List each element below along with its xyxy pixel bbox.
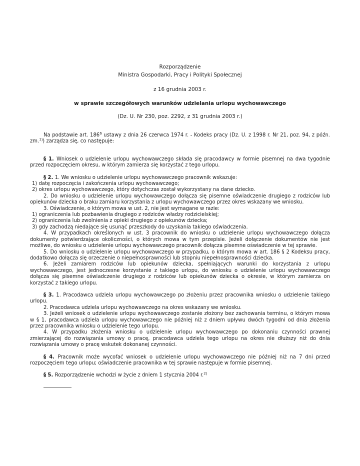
page-scale-wrapper: Rozporządzenie Ministra Gospodarki, Prac… (0, 0, 360, 466)
document-header: Rozporządzenie Ministra Gospodarki, Prac… (30, 63, 330, 121)
paragraph-text: Wniosek o udzielenie urlopu wychowawczeg… (30, 156, 330, 168)
paragraph-text: Rozporządzenie wchodzi w życie z dniem 1… (55, 373, 204, 379)
paragraph-text: Pracownik może wycofać wniosek o udziele… (30, 354, 330, 366)
paragraph-text: 5. Do wniosku o udzielenie urlopu wychow… (30, 249, 330, 261)
paragraph-text: ograniczenia lub pozbawienia drugiego z … (39, 212, 219, 218)
section-opening-paragraph: § 4. Pracownik może wycofać wniosek o ud… (30, 354, 330, 366)
doc-journal-line: (Dz. U. Nr 230, poz. 2292, z 31 grudnia … (30, 113, 330, 121)
paragraph-text: datę rozpoczęcia i zakończenia urlopu wy… (39, 181, 179, 187)
footnote-reference-2: 2) (204, 372, 208, 376)
paragraph-text: 4. W przypadku złożenia wniosku o udziel… (30, 330, 330, 348)
section-marker: § 4. (44, 354, 58, 360)
ustep-paragraph: 2. Do wniosku o udzielenie urlopu wychow… (30, 193, 330, 205)
ustep-paragraph: 4. W przypadku złożenia wniosku o udziel… (30, 330, 330, 349)
document-body: § 1. Wniosek o udzielenie urlopu wychowa… (30, 156, 330, 379)
section-marker: § 1. (44, 156, 57, 162)
paragraph-text: 3. Jeżeli wniosek o udzielenie urlopu wy… (30, 311, 330, 329)
paragraph-text: 3. Oświadczenie, o którym mowa w ust. 2,… (44, 206, 220, 212)
ustep-paragraph: 5. Do wniosku o udzielenie urlopu wychow… (30, 249, 330, 261)
section-par-5: § 5. Rozporządzenie wchodzi w życie z dn… (30, 373, 330, 379)
section-par-1: § 1. Wniosek o udzielenie urlopu wychowa… (30, 156, 330, 168)
doc-subject-line: w sprawie szczegółowych warunków udziela… (30, 100, 330, 108)
paragraph-text: 2. Do wniosku o udzielenie urlopu wychow… (30, 193, 330, 205)
section-par-3: § 3. 1. Pracodawca udziela urlopu wychow… (30, 292, 330, 348)
section-par-4: § 4. Pracownik może wycofać wniosek o ud… (30, 354, 330, 366)
paragraph-text: 1. Pracodawca udziela urlopu wychowawcze… (30, 292, 330, 304)
paragraph-text: gdy zachodzą niedające się usunąć przesz… (39, 224, 248, 230)
preamble-paragraph: Na podstawie art. 1866 ustawy z dnia 26 … (30, 133, 330, 145)
doc-type-line: Rozporządzenie (30, 63, 330, 71)
section-opening-paragraph: § 3. 1. Pracodawca udziela urlopu wychow… (30, 292, 330, 304)
paragraph-text: ograniczenia lub zwolnienia z opieki dru… (39, 218, 208, 224)
ustep-paragraph: 6. Jeżeli zamiarem rodziców lub opiekunó… (30, 262, 330, 287)
section-opening-paragraph: § 1. Wniosek o udzielenie urlopu wychowa… (30, 156, 330, 168)
doc-date-line: z 16 grudnia 2003 r. (30, 86, 330, 94)
ustep-paragraph: 3. Jeżeli wniosek o udzielenie urlopu wy… (30, 311, 330, 330)
paragraph-text: 1. We wniosku o udzielenie urlopu wychow… (55, 175, 237, 181)
preamble-text-1: Na podstawie art. 186 (44, 133, 100, 139)
document-page: Rozporządzenie Ministra Gospodarki, Prac… (0, 0, 360, 466)
paragraph-text: okres urlopu wychowawczego, który dotych… (39, 187, 255, 193)
doc-authority-line: Ministra Gospodarki, Pracy i Polityki Sp… (30, 71, 330, 79)
paragraph-text: 4. W przypadkach określonych w ust. 3 pr… (30, 231, 330, 249)
section-par-2: § 2. 1. We wniosku o udzielenie urlopu w… (30, 175, 330, 287)
section-marker: § 3. (44, 292, 57, 298)
section-opening-paragraph: § 5. Rozporządzenie wchodzi w życie z dn… (30, 373, 330, 379)
paragraph-text: 6. Jeżeli zamiarem rodziców lub opiekunó… (30, 262, 330, 286)
paragraph-text: 2. Pracodawca udziela urlopu wychowawcze… (44, 305, 242, 311)
ustep-paragraph: 4. W przypadkach określonych w ust. 3 pr… (30, 231, 330, 250)
page-content: Rozporządzenie Ministra Gospodarki, Prac… (0, 0, 360, 388)
preamble-text-3: ) zarządza się, co następuje: (43, 139, 114, 145)
section-marker: § 2. (44, 175, 55, 181)
section-marker: § 5. (44, 373, 55, 379)
footnote-separator (44, 387, 72, 388)
